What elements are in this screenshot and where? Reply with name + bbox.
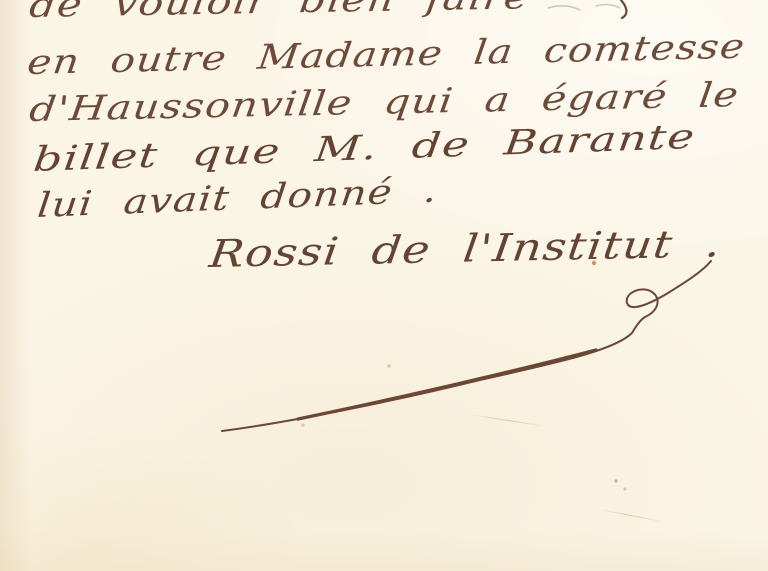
flourish-thick-stroke [298, 350, 596, 419]
paper-scratch [599, 509, 664, 523]
handwriting-line-2: en outre Madame la comtesse [26, 29, 629, 83]
handwriting-line-5: lui avait donné . [35, 173, 373, 226]
faded-stroke [596, 5, 620, 8]
handwriting-line-1: de vouloir bien faire [28, 0, 441, 26]
paper-scratch [468, 414, 547, 428]
signature-line: Rossi de l'Institut . [208, 223, 634, 276]
flourish-stroke [222, 261, 711, 431]
manuscript-page: de vouloir bien faire en outre Madame la… [0, 0, 768, 571]
ink-specks [0, 0, 2, 2]
handwriting-line-4: billet que M. de Barante [31, 123, 532, 180]
cropped-descender-stroke [621, 0, 626, 18]
faded-stroke [548, 6, 580, 10]
